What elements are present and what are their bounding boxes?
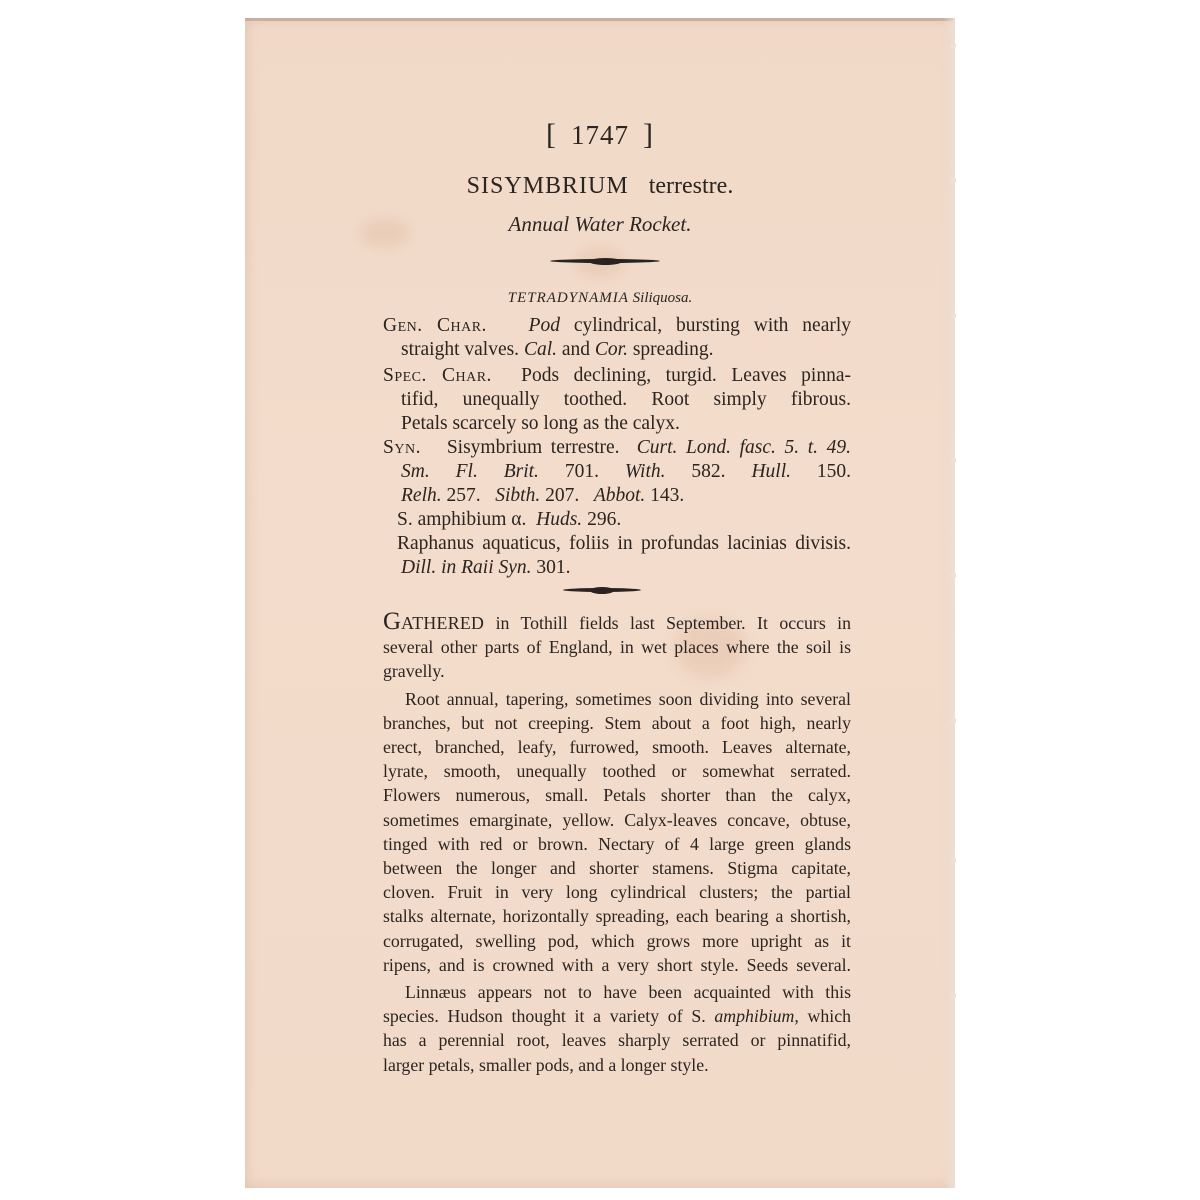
- text-line: tinged with red or brown. Nectary of 4 l…: [383, 832, 851, 856]
- species-title: SISYMBRIUMterrestre.: [0, 173, 1200, 200]
- syn-label: Syn.: [383, 437, 421, 458]
- syn-line: Syn. Sisymbrium terrestre. Curt. Lond. f…: [383, 436, 851, 460]
- text-line: several other parts of England, in wet p…: [383, 635, 851, 659]
- text-line: Root annual, tapering, sometimes soon di…: [383, 687, 851, 711]
- reference: Hull.: [751, 461, 791, 482]
- page-edge-nick: [950, 458, 956, 463]
- page-edge-nick: [950, 43, 956, 48]
- text: cylindrical, bursting with nearly: [560, 315, 851, 336]
- reference: Relh.: [401, 485, 442, 506]
- generic-character: Gen. Char. Pod cylindrical, bursting wit…: [383, 314, 851, 362]
- gen-char-label: Gen. Char.: [383, 315, 487, 336]
- text-line: GATHERED in Tothill fields last Septembe…: [383, 610, 851, 635]
- text: Pods declining, turgid. Leaves pinna-: [521, 365, 851, 386]
- specific-character: Spec. Char. Pods declining, turgid. Leav…: [383, 364, 851, 436]
- syn-line: Sm. Fl. Brit. 701. With. 582. Hull. 150.: [383, 460, 851, 484]
- spec-char-label: Spec. Char.: [383, 365, 492, 386]
- paragraph-3: Linnæus appears not to have been acquain…: [383, 980, 851, 1077]
- reference: Dill. in Raii Syn.: [401, 557, 532, 578]
- text-line: Flowers numerous, small. Petals shorter …: [383, 783, 851, 807]
- drop-cap: G: [383, 608, 401, 635]
- term: Cal.: [524, 339, 557, 360]
- linnaean-order: Siliquosa.: [633, 290, 693, 306]
- text: 143.: [645, 485, 684, 506]
- syn-line: Relh. 257. Sibth. 207. Abbot. 143.: [383, 484, 851, 508]
- reference: Huds.: [536, 509, 582, 530]
- reference: Curt. Lond. fasc. 5. t. 49.: [637, 437, 851, 458]
- linnaean-class: TETRADYNAMIA: [508, 290, 629, 306]
- reference: Sm. Fl. Brit.: [401, 461, 539, 482]
- text: 296.: [582, 509, 621, 530]
- bracket-right: ]: [643, 118, 654, 151]
- paragraph-2: Root annual, tapering, sometimes soon di…: [383, 687, 851, 977]
- text-line: sometimes emarginate, yellow. Calyx-leav…: [383, 808, 851, 832]
- page-number: [1747]: [0, 118, 1200, 152]
- syn-line: Dill. in Raii Syn. 301.: [383, 556, 851, 580]
- text-line: cloven. Fruit in very long cylindrical c…: [383, 880, 851, 904]
- reference: Sibth.: [495, 485, 540, 506]
- ornamental-rule: [550, 259, 660, 263]
- text: Sisymbrium terrestre.: [447, 437, 620, 458]
- synonyms: Syn. Sisymbrium terrestre. Curt. Lond. f…: [383, 436, 851, 580]
- species-epithet: terrestre.: [649, 173, 734, 199]
- text: 301.: [532, 557, 571, 578]
- text-line: stalks alternate, horizontally spreading…: [383, 904, 851, 928]
- text-line: Linnæus appears not to have been acquain…: [383, 980, 851, 1004]
- text-line: erect, branched, leafy, furrowed, smooth…: [383, 735, 851, 759]
- common-name: Annual Water Rocket.: [0, 212, 1200, 237]
- page-edge-nick: [950, 718, 956, 723]
- page-edge-nick: [950, 573, 956, 578]
- text: 257.: [442, 485, 481, 506]
- text-line: lyrate, smooth, unequally toothed or som…: [383, 759, 851, 783]
- text: which: [799, 1006, 851, 1026]
- text: 207.: [540, 485, 579, 506]
- genus-name: SISYMBRIUM: [467, 173, 629, 199]
- text-line: has a perennial root, leaves sharply ser…: [383, 1028, 851, 1052]
- text: 582.: [666, 461, 726, 482]
- bracket-left: [: [546, 118, 557, 151]
- term: Pod: [529, 315, 560, 336]
- spec-char-line: Petals scarcely so long as the calyx.: [383, 412, 851, 436]
- syn-line: S. amphibium α. Huds. 296.: [383, 508, 851, 532]
- text-line: species. Hudson thought it a variety of …: [383, 1004, 851, 1028]
- text: 150.: [791, 461, 851, 482]
- text: S. amphibium α.: [397, 509, 526, 530]
- reference: Abbot.: [594, 485, 645, 506]
- text-line: between the longer and shorter stamens. …: [383, 856, 851, 880]
- text: straight valves.: [401, 339, 524, 360]
- ornamental-rule: [563, 588, 641, 592]
- gen-char-line: Gen. Char. Pod cylindrical, bursting wit…: [383, 314, 851, 338]
- text-line: ripens, and is crowned with a very short…: [383, 953, 851, 977]
- text: in Tothill fields last September. It occ…: [484, 613, 851, 633]
- term: Cor.: [595, 339, 628, 360]
- text: ATHERED: [401, 613, 484, 633]
- text: species. Hudson thought it a variety of …: [383, 1006, 714, 1026]
- paragraph-1: GATHERED in Tothill fields last Septembe…: [383, 610, 851, 684]
- syn-line: Raphanus aquaticus, foliis in profundas …: [383, 532, 851, 556]
- page-edge-nick: [950, 993, 956, 998]
- text-line: branches, but not creeping. Stem about a…: [383, 711, 851, 735]
- spec-char-line: Spec. Char. Pods declining, turgid. Leav…: [383, 364, 851, 388]
- text-line: larger petals, smaller pods, and a longe…: [383, 1053, 851, 1077]
- spec-char-line: tifid, unequally toothed. Root simply fi…: [383, 388, 851, 412]
- classification: TETRADYNAMIA Siliquosa.: [0, 290, 1200, 307]
- text-line: corrugated, swelling pod, which grows mo…: [383, 929, 851, 953]
- text: and: [557, 339, 595, 360]
- text: 701.: [539, 461, 599, 482]
- species-ref: amphibium,: [714, 1006, 798, 1026]
- page-edge-nick: [950, 313, 956, 318]
- text-line: gravelly.: [383, 659, 851, 683]
- gen-char-line: straight valves. Cal. and Cor. spreading…: [383, 338, 851, 362]
- reference: With.: [625, 461, 666, 482]
- page-edge-nick: [950, 858, 956, 863]
- text: spreading.: [628, 339, 714, 360]
- description: GATHERED in Tothill fields last Septembe…: [383, 610, 851, 1077]
- page-number-value: 1747: [571, 120, 629, 150]
